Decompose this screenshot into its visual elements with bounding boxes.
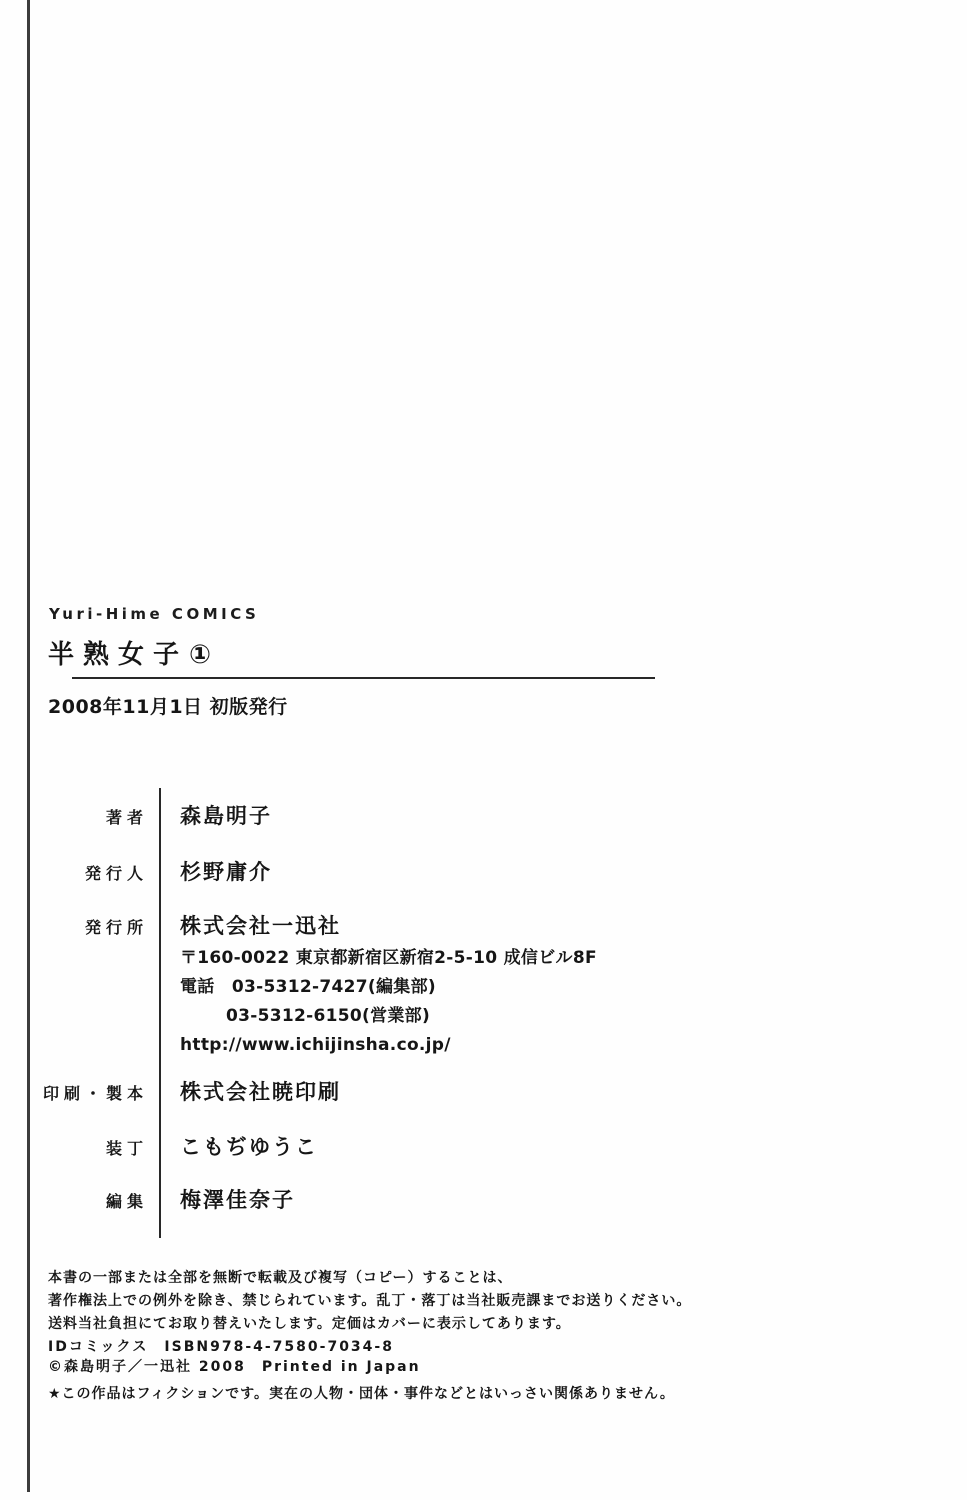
product-code: IDコミックス ISBN978-4-7580-7034-8 xyxy=(48,1336,394,1356)
colophon-page: Yuri-Hime COMICS 半熟女子① 2008年11月1日 初版発行 著… xyxy=(0,0,967,1500)
book-title-row: 半熟女子① xyxy=(48,634,211,671)
colophon-row-editor: 編集梅澤佳奈子 xyxy=(0,1188,760,1212)
colophon-row-designer: 装丁こもぢゆうこ xyxy=(0,1135,760,1159)
copyright-line: ©森島明子／一迅社 2008 Printed in Japan xyxy=(48,1356,421,1376)
designer-name: こもぢゆうこ xyxy=(180,1135,318,1159)
colophon-row-publisher: 発行所株式会社一迅社 xyxy=(0,914,760,938)
phone-sales: 03-5312-6150(営業部) xyxy=(226,1002,597,1031)
colophon-row-printer: 印刷・製本株式会社暁印刷 xyxy=(0,1080,760,1104)
publisher-name: 株式会社一迅社 xyxy=(180,914,341,938)
copyright-notice: 本書の一部または全部を無断で転載及び複写（コピー）することは、 著作権法上での例… xyxy=(48,1267,691,1336)
publisher-person-label: 発行人 xyxy=(0,865,148,883)
fiction-disclaimer: ★この作品はフィクションです。実在の人物・団体・事件などとはいっさい関係ありませ… xyxy=(48,1383,675,1403)
title-divider xyxy=(72,677,655,679)
phone-editorial: 電話 03-5312-7427(編集部) xyxy=(180,973,597,1002)
colophon-row-author: 著者森島明子 xyxy=(0,804,760,828)
edition-date: 2008年11月1日 初版発行 xyxy=(48,692,288,719)
series-label: Yuri-Hime COMICS xyxy=(49,605,259,623)
colophon-row-publisher-person: 発行人杉野庸介 xyxy=(0,860,760,884)
author-label: 著者 xyxy=(0,809,148,827)
editor-name: 梅澤佳奈子 xyxy=(180,1188,295,1212)
notice-line: 送料当社負担にてお取り替えいたします。定価はカバーに表示してあります。 xyxy=(48,1313,691,1336)
volume-number: ① xyxy=(189,640,211,670)
publisher-person-name: 杉野庸介 xyxy=(180,860,272,884)
publisher-url: http://www.ichijinsha.co.jp/ xyxy=(180,1031,597,1060)
book-title: 半熟女子 xyxy=(48,640,188,670)
notice-line: 著作権法上での例外を除き、禁じられています。乱丁・落丁は当社販売課までお送りくだ… xyxy=(48,1290,691,1313)
author-name: 森島明子 xyxy=(180,804,272,828)
notice-line: 本書の一部または全部を無断で転載及び複写（コピー）することは、 xyxy=(48,1267,691,1290)
page-edge-line xyxy=(27,0,30,1492)
printer-name: 株式会社暁印刷 xyxy=(180,1080,341,1104)
publisher-label: 発行所 xyxy=(0,919,148,937)
colophon-table-divider xyxy=(159,788,161,1238)
designer-label: 装丁 xyxy=(0,1140,148,1158)
postal-address: 〒160-0022 東京都新宿区新宿2-5-10 成信ビル8F xyxy=(180,944,597,973)
publisher-details: 〒160-0022 東京都新宿区新宿2-5-10 成信ビル8F 電話 03-53… xyxy=(180,944,597,1060)
printer-label: 印刷・製本 xyxy=(0,1085,148,1103)
editor-label: 編集 xyxy=(0,1193,148,1211)
